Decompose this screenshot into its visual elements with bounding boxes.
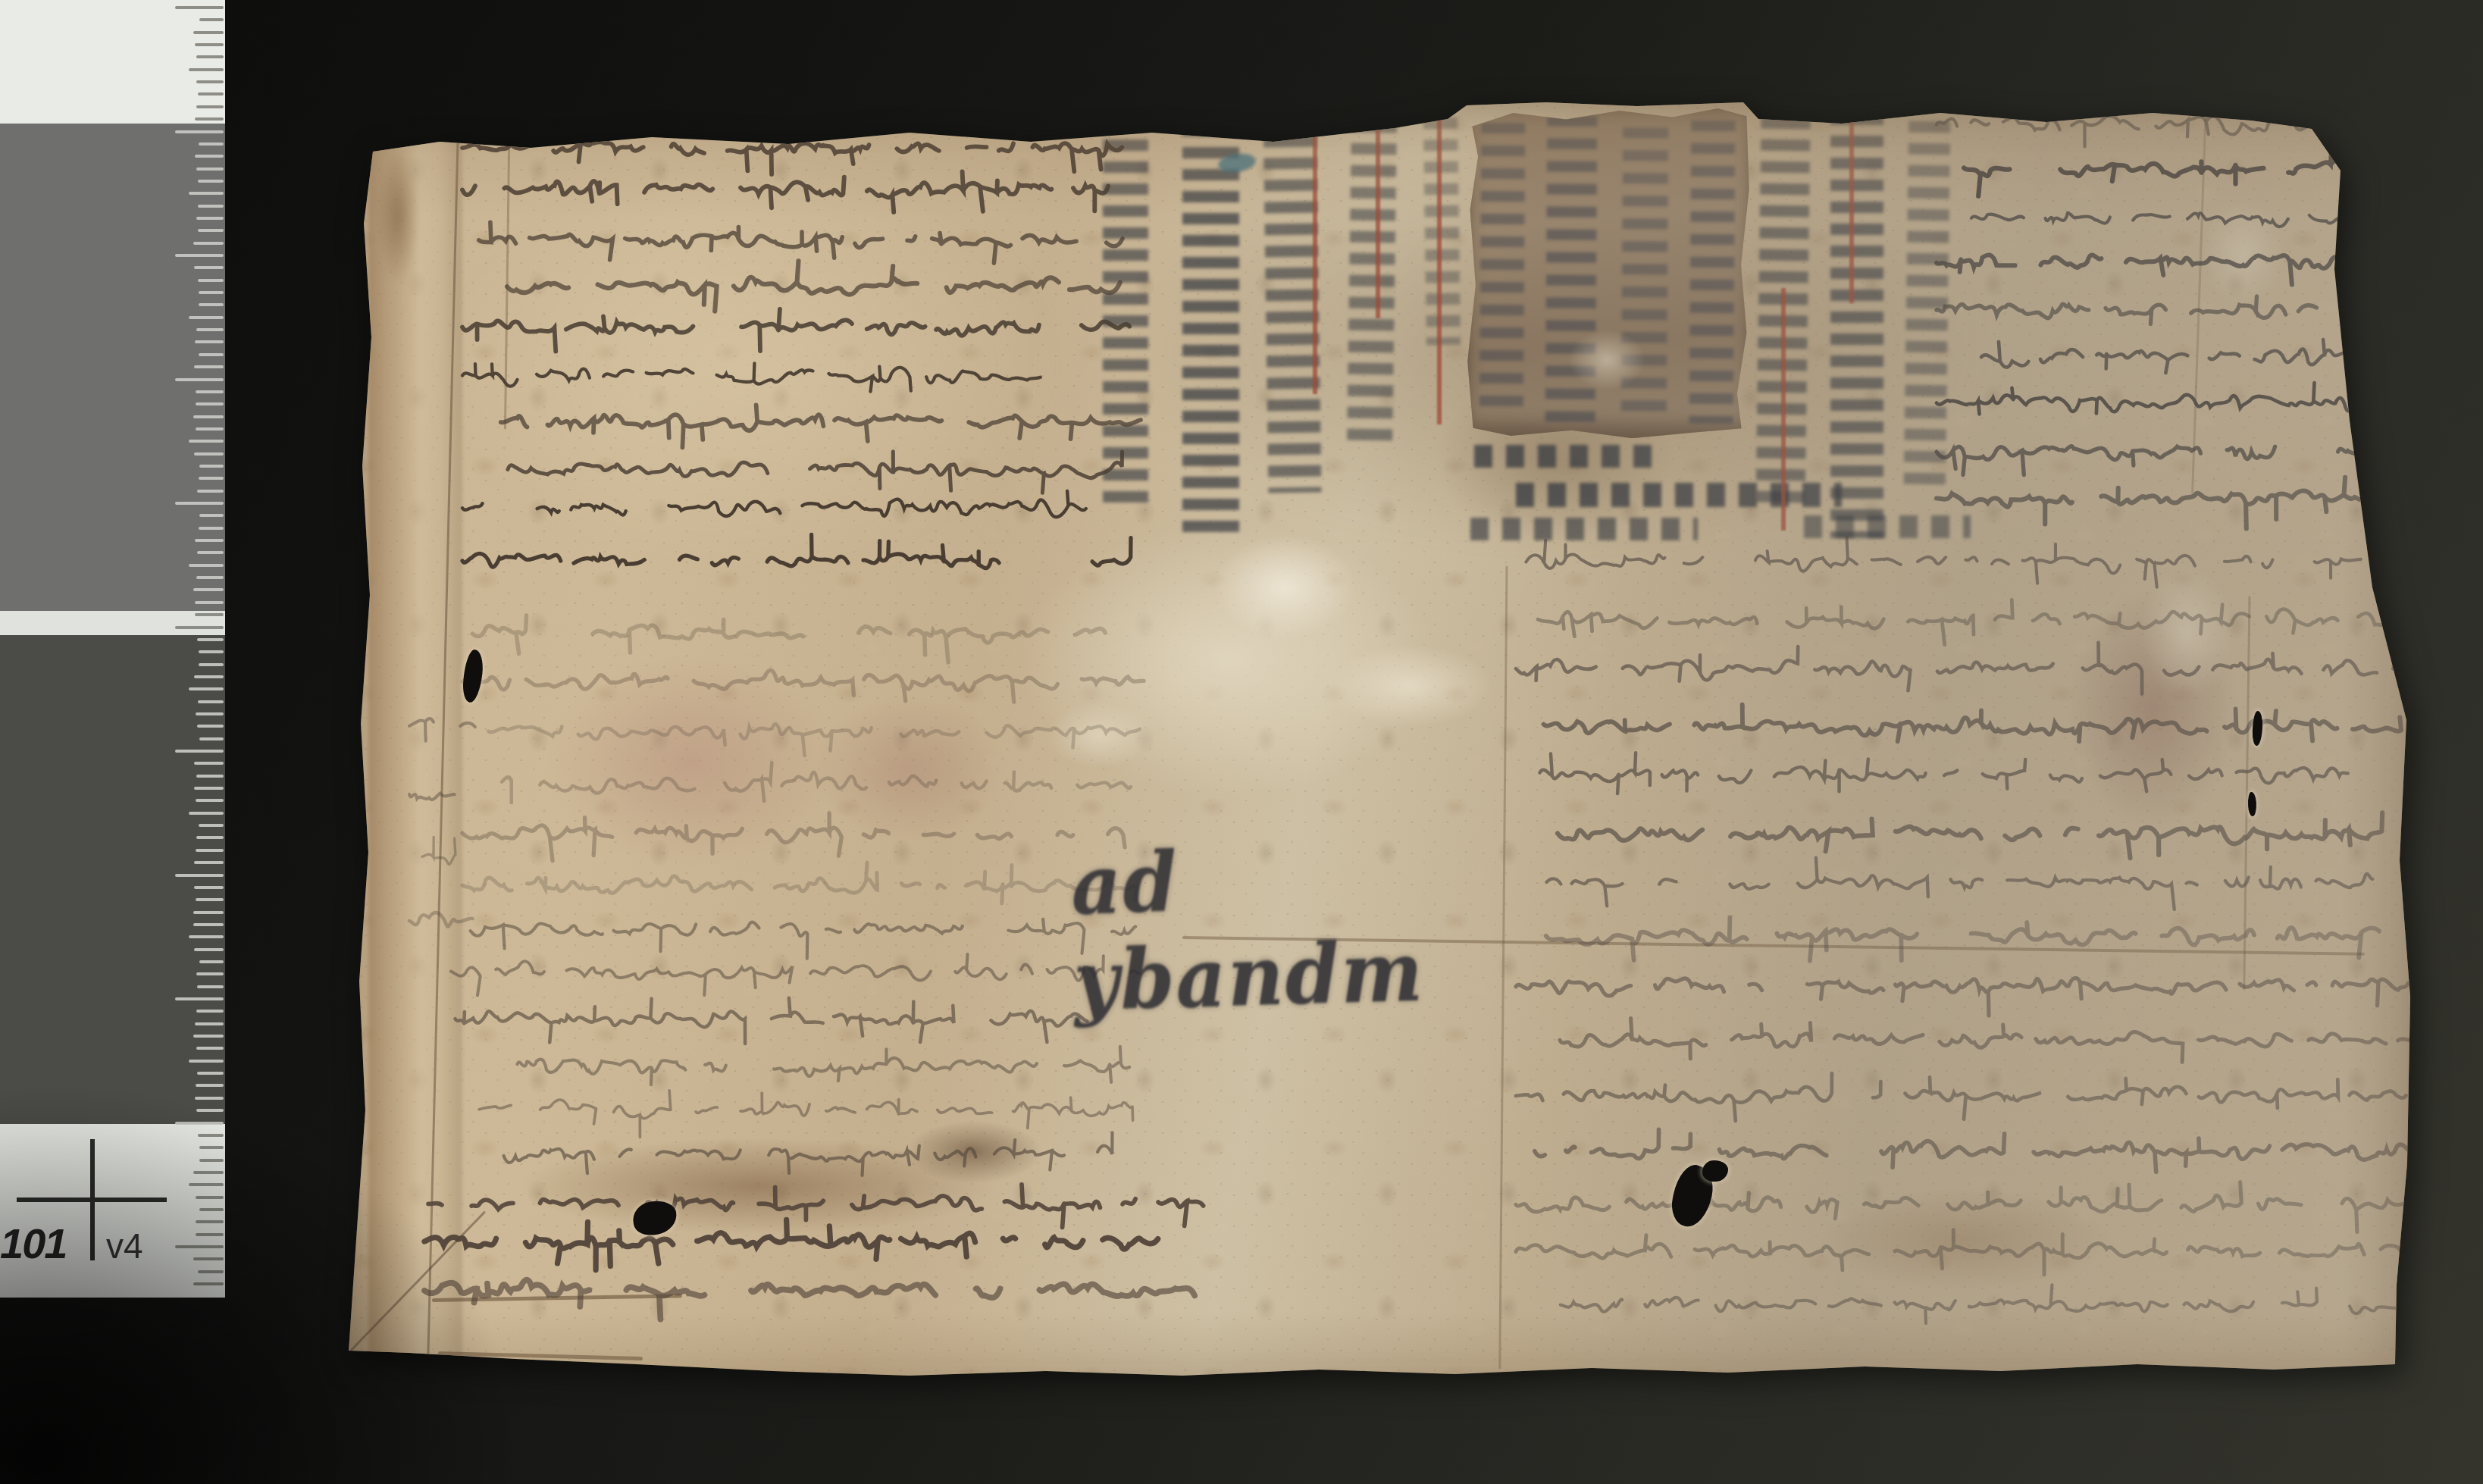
ruler-tick bbox=[196, 167, 224, 171]
ruler-tick bbox=[196, 1010, 224, 1013]
digitized-manuscript-photo: 101 v4 ad ybandm bbox=[0, 0, 2483, 1484]
ruler-tick bbox=[175, 130, 224, 133]
ruler-tick bbox=[195, 601, 224, 604]
worm-holes-layer bbox=[333, 102, 2425, 1402]
ruler-tick bbox=[198, 92, 224, 95]
ruler-tick bbox=[196, 1047, 224, 1050]
ruler-tick bbox=[199, 737, 224, 740]
ruler-tick bbox=[198, 180, 224, 183]
ruler-tick bbox=[193, 911, 224, 914]
ruler-tick bbox=[193, 923, 224, 926]
manuscript-sheet: ad ybandm bbox=[333, 102, 2425, 1402]
ruler-tick bbox=[197, 551, 224, 554]
ruler-tick bbox=[199, 824, 224, 827]
ruler-tick bbox=[196, 849, 224, 852]
ruler-tick bbox=[199, 514, 224, 517]
ruler-tick bbox=[195, 340, 224, 343]
ruler-tick bbox=[197, 638, 224, 641]
ruler-tick bbox=[175, 874, 224, 877]
ruler-tick bbox=[199, 960, 224, 963]
worm-hole bbox=[631, 1198, 680, 1238]
worm-hole bbox=[1702, 1160, 1728, 1182]
ruler-tick bbox=[196, 1084, 224, 1087]
ruler-tick bbox=[175, 750, 224, 753]
ruler-tick bbox=[193, 1035, 224, 1038]
ruler-tick bbox=[194, 762, 224, 765]
ruler-tick bbox=[197, 725, 224, 728]
ruler-tick bbox=[196, 775, 224, 778]
ruler-tick bbox=[195, 613, 224, 616]
ruler-tick bbox=[175, 626, 224, 629]
shelfmark-number: 101 bbox=[0, 1223, 66, 1265]
ruler-tick bbox=[175, 502, 224, 505]
ruler-tick bbox=[196, 1109, 224, 1112]
ruler-tick bbox=[199, 18, 224, 21]
ruler-tick bbox=[193, 588, 224, 591]
ruler-tick bbox=[196, 427, 224, 430]
ruler-tick bbox=[189, 812, 224, 815]
ruler-tick bbox=[195, 1097, 224, 1100]
ruler-tick bbox=[193, 415, 224, 418]
ruler-tick bbox=[189, 440, 224, 443]
ruler-tick bbox=[196, 972, 224, 975]
ruler-tick bbox=[197, 985, 224, 988]
ruler-tick bbox=[199, 465, 224, 468]
worm-hole bbox=[2247, 792, 2257, 817]
worm-hole bbox=[461, 649, 484, 703]
ruler-tick bbox=[175, 254, 224, 257]
ruler-tick bbox=[199, 650, 224, 653]
ruler-tick bbox=[199, 477, 224, 480]
crosshair-vertical-line bbox=[90, 1139, 95, 1260]
ruler-tick bbox=[196, 105, 224, 108]
ruler-tick bbox=[189, 935, 224, 938]
ruler-tick bbox=[196, 898, 224, 901]
ruler-tick bbox=[194, 452, 224, 456]
ruler-tick bbox=[196, 80, 224, 83]
ruler-tick bbox=[189, 564, 224, 567]
ruler-tick bbox=[196, 836, 224, 839]
ruler-tick bbox=[194, 787, 224, 790]
shelfmark-version: v4 bbox=[106, 1229, 143, 1263]
ruler-tick bbox=[196, 402, 224, 405]
ruler-tick bbox=[195, 117, 224, 121]
ruler-tick bbox=[193, 31, 224, 34]
ruler-tick bbox=[199, 291, 224, 294]
ruler-tick bbox=[196, 55, 224, 58]
ruler-tick bbox=[195, 1022, 224, 1025]
ruler-tick bbox=[197, 1072, 224, 1075]
ruler-tick bbox=[194, 266, 224, 269]
ruler-tick bbox=[189, 1060, 224, 1063]
ruler-tick bbox=[189, 192, 224, 195]
ruler-tick bbox=[197, 490, 224, 493]
ruler-tick bbox=[198, 700, 224, 703]
ruler-tick bbox=[189, 316, 224, 319]
ruler-tick bbox=[199, 303, 224, 306]
ruler-tick bbox=[199, 663, 224, 666]
ruler-tick bbox=[189, 687, 224, 690]
ruler-tick bbox=[199, 353, 224, 356]
ruler-tick bbox=[195, 43, 224, 46]
ruler-tick bbox=[198, 229, 224, 232]
ruler-tick bbox=[196, 576, 224, 579]
ruler-tick bbox=[194, 675, 224, 678]
ruler-tick bbox=[198, 279, 224, 282]
ruler-tick bbox=[196, 799, 224, 802]
ruler-tick bbox=[195, 155, 224, 158]
ruler-tick bbox=[175, 6, 224, 9]
ruler-tick bbox=[194, 861, 224, 864]
ruler-tick bbox=[194, 365, 224, 368]
ruler-tick bbox=[196, 390, 224, 393]
worm-hole bbox=[2252, 711, 2263, 746]
ruler-tick bbox=[194, 886, 224, 889]
ruler-tick bbox=[175, 997, 224, 1000]
ruler-tick bbox=[198, 205, 224, 208]
ruler-tick bbox=[194, 948, 224, 951]
shelfmark-card: 101 v4 bbox=[0, 1124, 225, 1298]
manuscript-fragment: ad ybandm bbox=[333, 102, 2425, 1402]
ruler-tick bbox=[199, 527, 224, 530]
ruler-tick bbox=[196, 217, 224, 220]
ruler-tick bbox=[193, 242, 224, 245]
ruler-tick bbox=[189, 68, 224, 71]
ruler-tick bbox=[196, 328, 224, 331]
ruler-tick bbox=[195, 539, 224, 542]
ruler-tick bbox=[199, 142, 224, 146]
ruler-tick bbox=[175, 378, 224, 381]
ruler-tick bbox=[196, 712, 224, 715]
